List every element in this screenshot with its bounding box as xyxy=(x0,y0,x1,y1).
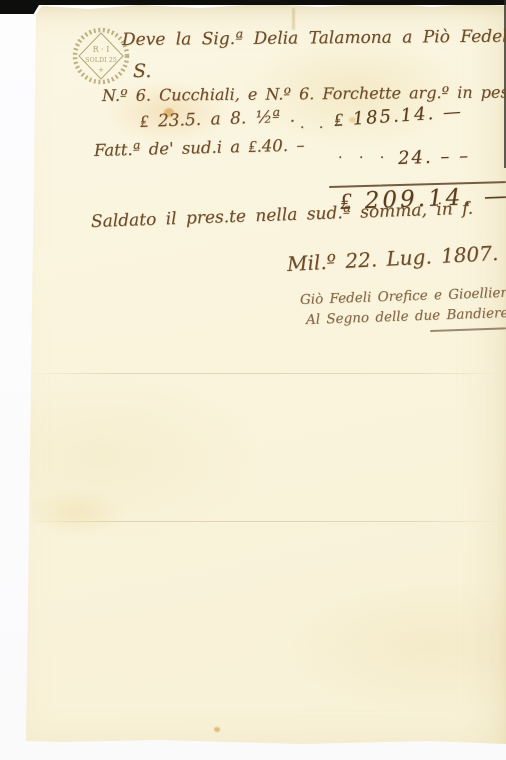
leader-dots: · · xyxy=(300,120,328,136)
paper-crease-mark xyxy=(292,8,295,30)
fold-line xyxy=(26,521,506,522)
debit-line: Deve la Sig.ª Delia Talamona a Piò Fedel… xyxy=(122,26,506,50)
ink-stain xyxy=(214,727,220,732)
stamp-text-line2: SOLDI 25 xyxy=(85,56,117,64)
scan-edge-top xyxy=(0,0,506,5)
fold-line xyxy=(26,373,506,374)
leader-dots: · · · xyxy=(338,150,390,166)
amount-labor: 24. – – xyxy=(398,145,471,169)
stamp-text-line1: R · I xyxy=(93,45,110,54)
stamp-cross-mark: + xyxy=(98,66,104,74)
scanned-document: R · I SOLDI 25 + Deve la Sig.ª Delia Tal… xyxy=(0,0,506,760)
continuation-mark: S. xyxy=(133,60,151,82)
scan-edge-corner xyxy=(0,0,42,14)
